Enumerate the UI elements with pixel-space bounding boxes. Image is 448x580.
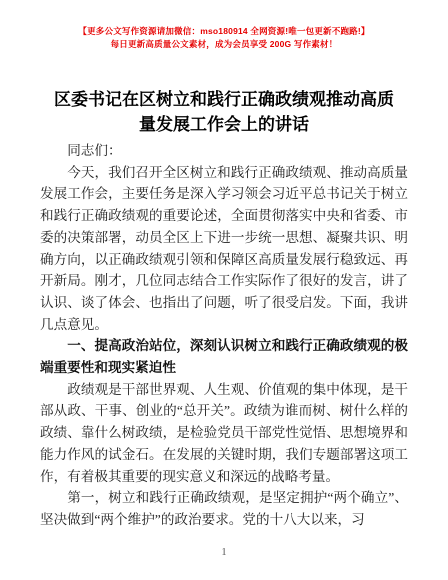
document-page: 【更多公文写作资源请加微信：mso180914 全网资源!唯一包更新不跑路!】 … <box>0 0 448 580</box>
watermark-line-2: 每日更新高质量公文素材，成为会员享受 200G 写作素材！ <box>0 38 448 51</box>
section-heading: 一、提高政治站位，深刻认识树立和践行正确政绩观的极端重要性和现实紧迫性 <box>40 335 408 378</box>
document-title: 区委书记在区树立和践行正确政绩观推动高质量发展工作会上的讲话 <box>51 87 397 137</box>
body-paragraph: 政绩观是干部世界观、人生观、价值观的集中体现，是干部从政、干事、创业的“总开关”… <box>40 379 408 488</box>
body-paragraph: 今天，我们召开全区树立和践行正确政绩观、推动高质量发展工作会，主要任务是深入学习… <box>40 162 408 336</box>
salutation-paragraph: 同志们： <box>40 140 408 162</box>
watermark-line-1: 【更多公文写作资源请加微信：mso180914 全网资源!唯一包更新不跑路!】 <box>0 25 448 38</box>
document-body: 同志们： 今天，我们召开全区树立和践行正确政绩观、推动高质量发展工作会，主要任务… <box>40 140 408 531</box>
page-number: 1 <box>0 547 448 558</box>
body-paragraph: 第一，树立和践行正确政绩观，是坚定拥护“两个确立”、坚决做到“两个维护”的政治要… <box>40 487 408 530</box>
watermark-header: 【更多公文写作资源请加微信：mso180914 全网资源!唯一包更新不跑路!】 … <box>0 0 448 50</box>
